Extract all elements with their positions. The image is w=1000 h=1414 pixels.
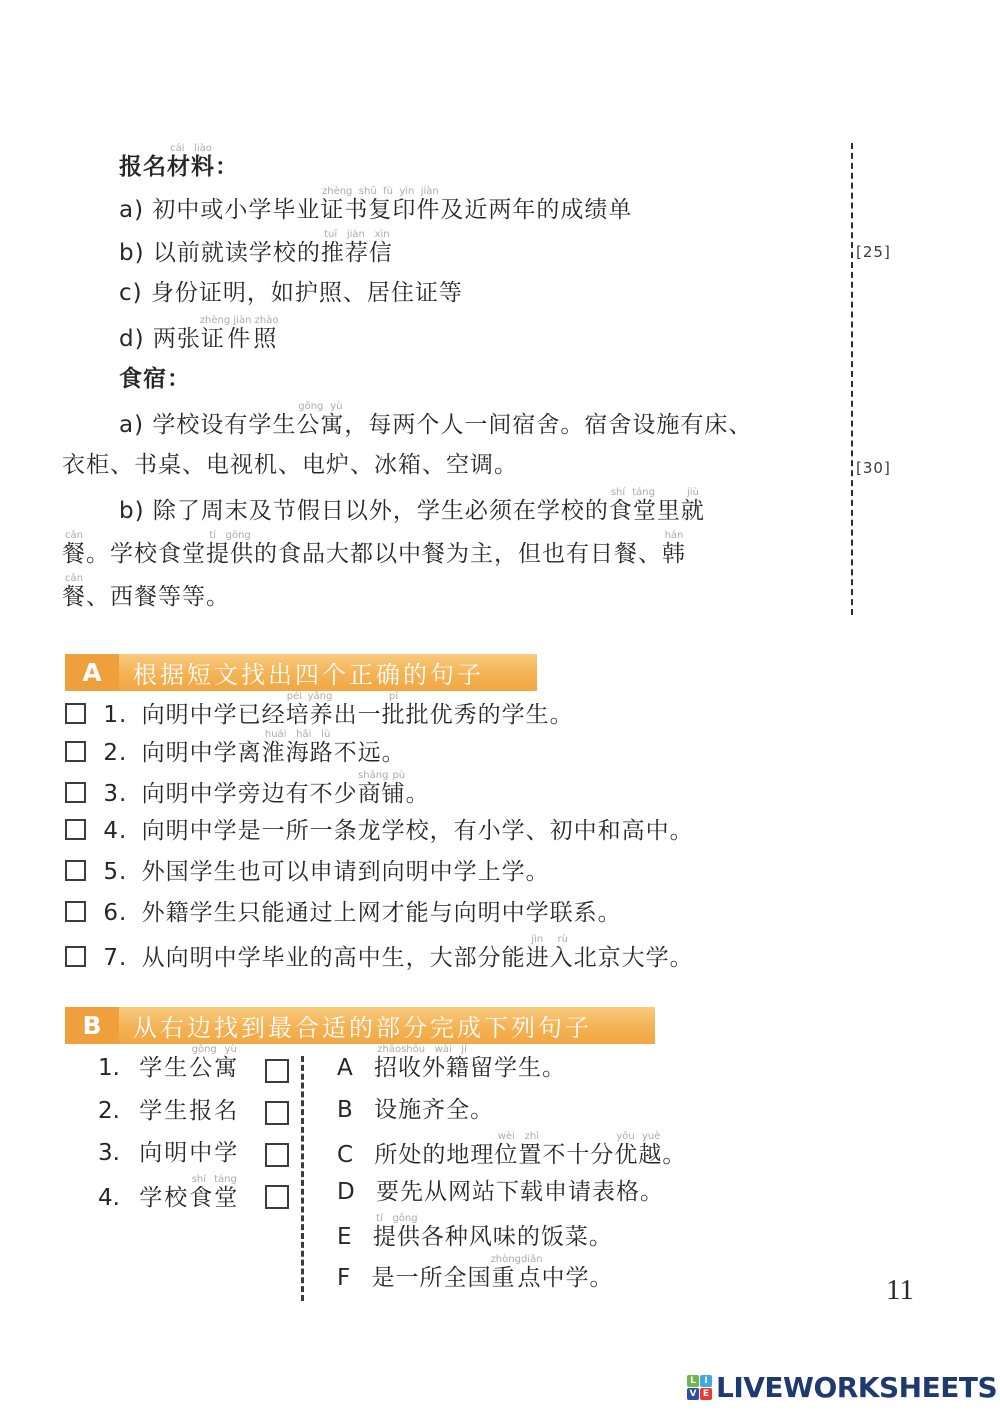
statement-text: 向明中学离淮海路huái hǎi lù不远。 (142, 740, 406, 766)
match-option-row: C 所处的地理位置wèi zhì不十分优越yōu yuè。 (337, 1131, 686, 1172)
text-segment: 向明中学已经 (142, 702, 286, 728)
text-segment: 。 (406, 781, 430, 807)
match-option-text: 提供tí gōng各种风味的饭菜。 (373, 1224, 613, 1250)
pinyin-annotation: shāng pù (358, 770, 406, 781)
annotated-text: 培养péi yǎng (286, 702, 334, 728)
statement-row: 4. 向明中学是一所一条龙学校，有小学、初中和高中。 (65, 811, 694, 852)
pinyin-annotation: jiù (681, 487, 705, 498)
answer-checkbox[interactable] (65, 946, 86, 967)
logo-square-i: I (700, 1375, 712, 1387)
statement-number: 7. (103, 945, 127, 971)
match-item-text: 学生公寓gōng yù (139, 1055, 239, 1081)
statement-text: 从向明中学毕业的高中生，大部分能进入jìn rù北京大学。 (142, 945, 694, 971)
annotated-text: 证件照zhèng jiàn zhào (201, 326, 279, 352)
text-segment: 证件照 (200, 326, 279, 352)
match-item-number: 2. (98, 1098, 120, 1124)
annotated-text: 韩hán (662, 541, 686, 567)
annotated-text: 提供tí gōng (206, 541, 254, 567)
logo-square-v: V (687, 1388, 699, 1400)
passage-line: d) 两张证件照zhèng jiàn zhào (62, 315, 862, 358)
passage-line: c) 身份证明，如护照、居住证等 (62, 272, 862, 315)
section-a-checklist: 1. 向明中学已经培养péi yǎng出一批pī批优秀的学生。 2. 向明中学离… (65, 691, 694, 975)
passage-line: b) 除了周末及节假日以外，学生必须在学校的食堂shí táng里就jiù (62, 487, 862, 530)
text-segment: 向明中学旁边有不少 (142, 781, 358, 807)
match-option-letter: E (337, 1224, 353, 1250)
answer-checkbox[interactable] (65, 860, 86, 881)
section-b-header: B 从右边找到最合适的部分完成下列句子 (65, 1007, 655, 1044)
text-segment: 衣柜、书桌、电视机、电炉、冰箱、空调。 (62, 452, 518, 478)
pinyin-annotation: zhòngdiǎn (491, 1254, 543, 1265)
pinyin-annotation: shí táng (189, 1174, 239, 1185)
annotated-text: 就jiù (681, 498, 705, 524)
matching-area: 1. 学生公寓gōng yù 2. 学生报名 3. 向明中学 4. 学校食堂sh… (65, 1044, 655, 1314)
text-segment: 学生报名 (139, 1098, 239, 1124)
statement-number: 1. (103, 702, 127, 728)
text-segment: ： (215, 154, 239, 180)
annotated-text: 证书复印件zhèng shū fù yìn jiàn (320, 197, 440, 223)
section-b-label: B (65, 1007, 119, 1044)
answer-checkbox[interactable] (65, 819, 86, 840)
text-segment: 及近两年的成绩单 (440, 197, 632, 223)
pinyin-annotation: tí gōng (373, 1213, 421, 1224)
pinyin-annotation: shí táng (609, 487, 657, 498)
passage-line: 衣柜、书桌、电视机、电炉、冰箱、空调。 (62, 444, 862, 487)
text-segment: ，每两个人一间宿舍。宿舍设施有床、 (344, 412, 752, 438)
section-b: B 从右边找到最合适的部分完成下列句子 1. 学生公寓gōng yù 2. 学生… (65, 1007, 655, 1314)
statement-row: 2. 向明中学离淮海路huái hǎi lù不远。 (65, 729, 694, 770)
annotated-text: 食堂shí táng (609, 498, 657, 524)
text-segment: a) 学校设有学生 (119, 412, 296, 438)
text-segment: 商铺 (358, 781, 406, 807)
match-item-number: 4. (98, 1185, 120, 1211)
statement-row: 7. 从向明中学毕业的高中生，大部分能进入jìn rù北京大学。 (65, 934, 694, 975)
text-segment: 就 (681, 498, 705, 524)
answer-checkbox[interactable] (65, 703, 86, 724)
match-item-text: 学校食堂shí táng (139, 1185, 239, 1211)
passage-line: 餐cān、西餐等等。 (62, 573, 862, 616)
text-segment: 不十分 (542, 1142, 614, 1168)
passage-line: 餐cān。学校食堂提供tí gōng的食品大都以中餐为主，但也有日餐、韩hán (62, 530, 862, 573)
text-segment: 食堂 (189, 1185, 239, 1211)
match-option-text: 设施齐全。 (374, 1097, 494, 1123)
match-option-row: E 提供tí gōng各种风味的饭菜。 (337, 1213, 686, 1254)
text-segment: 培养 (286, 702, 334, 728)
pinyin-annotation: tuī jiàn xìn (321, 229, 393, 240)
line-number-guide: [25] [30] (851, 143, 921, 615)
passage-line: b) 以前就读学校的推荐信tuī jiàn xìn (62, 229, 862, 272)
match-answer-checkbox[interactable] (265, 1185, 289, 1209)
pinyin-annotation: pī (382, 691, 406, 702)
section-a-title: 根据短文找出四个正确的句子 (133, 655, 484, 690)
pinyin-annotation: wèi zhì (494, 1131, 542, 1142)
text-segment: 韩 (662, 541, 686, 567)
pinyin-annotation: zhèng shū fù yìn jiàn (320, 186, 440, 197)
annotated-text: 公寓gōng yù (189, 1055, 239, 1081)
pinyin-annotation: gōng yù (189, 1044, 239, 1055)
statement-number: 2. (103, 740, 127, 766)
match-item-number: 1. (98, 1055, 120, 1081)
annotated-text: 推荐信tuī jiàn xìn (321, 240, 393, 266)
text-segment: 要先从网站下载申请表格。 (376, 1179, 664, 1205)
statement-text: 外国学生也可以申请到向明中学上学。 (142, 859, 550, 885)
annotated-text: 淮海路huái hǎi lù (262, 740, 334, 766)
text-segment: 餐 (62, 541, 86, 567)
text-segment: 材料 (167, 154, 215, 180)
pinyin-annotation: jìn rù (526, 934, 574, 945)
statement-row: 1. 向明中学已经培养péi yǎng出一批pī批优秀的学生。 (65, 691, 694, 729)
match-option-letter: B (337, 1097, 354, 1123)
text-segment: 学校 (139, 1185, 189, 1211)
text-segment: d) 两张 (119, 326, 201, 352)
match-item-text: 学生报名 (139, 1098, 239, 1124)
answer-checkbox[interactable] (65, 901, 86, 922)
text-segment: 、西餐等等。 (86, 584, 230, 610)
worksheet-page: 报名材料cái liào：a) 初中或小学毕业证书复印件zhèng shū fù… (0, 0, 1000, 1414)
match-option-row: B 设施齐全。 (337, 1090, 686, 1131)
liveworksheets-logo: LIVE LIVEWORKSHEETS (687, 1371, 997, 1404)
annotated-text: 公寓gōng yù (296, 412, 344, 438)
text-segment: 优越 (614, 1142, 662, 1168)
text-segment: 所处的地理 (374, 1142, 494, 1168)
text-segment: 外国学生也可以申请到向明中学上学。 (142, 859, 550, 885)
statement-text: 外籍学生只能通过上网才能与向明中学联系。 (142, 900, 622, 926)
pinyin-annotation: péi yǎng (286, 691, 334, 702)
text-segment: 设施齐全。 (374, 1097, 494, 1123)
statement-row: 3. 向明中学旁边有不少商铺shāng pù。 (65, 770, 694, 811)
text-segment: 食宿： (119, 366, 191, 392)
annotated-text: 材料cái liào (167, 154, 215, 180)
text-segment: 向明中学 (139, 1140, 239, 1166)
match-option-text: 要先从网站下载申请表格。 (376, 1179, 664, 1205)
text-segment: b) 以前就读学校的 (119, 240, 321, 266)
line-number-25: [25] (856, 241, 891, 263)
pinyin-annotation: yōu yuè (614, 1131, 662, 1142)
text-segment: 从向明中学毕业的高中生，大部分能 (142, 945, 526, 971)
liveworksheets-logo-text: LIVEWORKSHEETS (716, 1371, 997, 1404)
pinyin-annotation: cān (62, 530, 86, 541)
text-segment: 。学校食堂 (86, 541, 206, 567)
statement-row: 5. 外国学生也可以申请到向明中学上学。 (65, 852, 694, 893)
section-a-label: A (65, 654, 119, 691)
match-option-letter: D (337, 1179, 356, 1205)
statement-number: 3. (103, 781, 127, 807)
statement-number: 4. (103, 818, 127, 844)
match-option-row: D 要先从网站下载申请表格。 (337, 1172, 686, 1213)
passage-line: 报名材料cái liào： (62, 143, 862, 186)
passage-line: 食宿： (62, 358, 862, 401)
margin-dashed-line (851, 143, 853, 615)
text-segment: 提供 (373, 1224, 421, 1250)
pinyin-annotation: zhèng jiàn zhào (200, 315, 279, 326)
text-segment: 出一 (334, 702, 382, 728)
text-segment: 中学。 (542, 1265, 614, 1291)
page-number: 11 (886, 1274, 914, 1307)
text-segment: 批 (382, 702, 406, 728)
text-segment: 证书复印件 (320, 197, 440, 223)
text-segment: 是一所全国 (372, 1265, 492, 1291)
text-segment: 里 (657, 498, 681, 524)
statement-text: 向明中学已经培养péi yǎng出一批pī批优秀的学生。 (142, 702, 574, 728)
reading-passage: 报名材料cái liào：a) 初中或小学毕业证书复印件zhèng shū fù… (62, 143, 862, 616)
text-segment: 推荐信 (321, 240, 393, 266)
text-segment: 报名 (119, 154, 167, 180)
text-segment: 学生 (139, 1055, 189, 1081)
statement-number: 6. (103, 900, 127, 926)
text-segment: 淮海路 (262, 740, 334, 766)
matching-divider-dashed-line (301, 1056, 304, 1301)
match-item-text: 向明中学 (139, 1140, 239, 1166)
text-segment: b) 除了周末及节假日以外，学生必须在学校的 (119, 498, 609, 524)
text-segment: 提供 (206, 541, 254, 567)
line-number-30: [30] (856, 457, 891, 479)
annotated-text: 批pī (382, 702, 406, 728)
passage-line: a) 初中或小学毕业证书复印件zhèng shū fù yìn jiàn及近两年… (62, 186, 862, 229)
statement-text: 向明中学是一所一条龙学校，有小学、初中和高中。 (142, 818, 694, 844)
text-segment: 不远。 (334, 740, 406, 766)
pinyin-annotation: cān (62, 573, 86, 584)
match-answer-checkbox[interactable] (265, 1101, 289, 1125)
text-segment: a) 初中或小学毕业 (119, 197, 320, 223)
text-segment: 重点 (491, 1265, 543, 1291)
annotated-text: 位置wèi zhì (494, 1142, 542, 1168)
pinyin-annotation: huái hǎi lù (262, 729, 334, 740)
annotated-text: 餐cān (62, 541, 86, 567)
statement-number: 5. (103, 859, 127, 885)
text-segment: 外籍学生只能通过上网才能与向明中学联系。 (142, 900, 622, 926)
text-segment: 进入 (526, 945, 574, 971)
match-option-letter: A (337, 1055, 354, 1081)
text-segment: c) 身份证明，如护照、居住证等 (119, 280, 463, 306)
text-segment: 招收外籍 (374, 1055, 470, 1081)
pinyin-annotation: cái liào (167, 143, 215, 154)
liveworksheets-logo-icon: LIVE (687, 1375, 712, 1400)
statement-row: 6. 外籍学生只能通过上网才能与向明中学联系。 (65, 893, 694, 934)
passage-line: a) 学校设有学生公寓gōng yù，每两个人一间宿舍。宿舍设施有床、 (62, 401, 862, 444)
text-segment: 食堂 (609, 498, 657, 524)
pinyin-annotation: zhāoshōu wài jí (374, 1044, 470, 1055)
text-segment: 批优秀的学生。 (406, 702, 574, 728)
pinyin-annotation: tí gōng (206, 530, 254, 541)
match-option-row: F 是一所全国重点zhòngdiǎn中学。 (337, 1254, 686, 1295)
match-option-letter: F (337, 1265, 351, 1291)
text-segment: 位置 (494, 1142, 542, 1168)
text-segment: 餐 (62, 584, 86, 610)
text-segment: 公寓 (296, 412, 344, 438)
match-option-row: A 招收外籍zhāoshōu wài jí留学生。 (337, 1044, 686, 1090)
pinyin-annotation: gōng yù (296, 401, 344, 412)
text-segment: 的食品大都以中餐为主，但也有日餐、 (254, 541, 662, 567)
answer-checkbox[interactable] (65, 741, 86, 762)
pinyin-annotation: hán (662, 530, 686, 541)
section-a-header: A 根据短文找出四个正确的句子 (65, 654, 537, 691)
annotated-text: 优越yōu yuè (614, 1142, 662, 1168)
text-segment: 。 (662, 1142, 686, 1168)
section-b-title: 从右边找到最合适的部分完成下列句子 (133, 1008, 592, 1043)
annotated-text: 重点zhòngdiǎn (492, 1265, 542, 1291)
logo-square-l: L (687, 1375, 699, 1387)
match-option-letter: C (337, 1142, 354, 1168)
match-answer-checkbox[interactable] (265, 1143, 289, 1167)
text-segment: 各种风味的饭菜。 (421, 1224, 613, 1250)
annotated-text: 进入jìn rù (526, 945, 574, 971)
text-segment: 公寓 (189, 1055, 239, 1081)
section-a: A 根据短文找出四个正确的句子 1. 向明中学已经培养péi yǎng出一批pī… (65, 654, 694, 975)
matching-options-column: A 招收外籍zhāoshōu wài jí留学生。 B 设施齐全。 C 所处的地… (337, 1044, 686, 1295)
answer-checkbox[interactable] (65, 782, 86, 803)
text-segment: 向明中学是一所一条龙学校，有小学、初中和高中。 (142, 818, 694, 844)
annotated-text: 招收外籍zhāoshōu wài jí (374, 1055, 470, 1081)
statement-text: 向明中学旁边有不少商铺shāng pù。 (142, 781, 430, 807)
match-option-text: 所处的地理位置wèi zhì不十分优越yōu yuè。 (374, 1142, 686, 1168)
text-segment: 向明中学离 (142, 740, 262, 766)
annotated-text: 餐cān (62, 584, 86, 610)
annotated-text: 商铺shāng pù (358, 781, 406, 807)
text-segment: 北京大学。 (574, 945, 694, 971)
match-item-number: 3. (98, 1140, 120, 1166)
annotated-text: 提供tí gōng (373, 1224, 421, 1250)
match-option-text: 是一所全国重点zhòngdiǎn中学。 (372, 1265, 614, 1291)
match-option-text: 招收外籍zhāoshōu wài jí留学生。 (374, 1055, 566, 1081)
annotated-text: 食堂shí táng (189, 1185, 239, 1211)
logo-square-e: E (700, 1388, 712, 1400)
text-segment: 留学生。 (470, 1055, 566, 1081)
match-answer-checkbox[interactable] (265, 1059, 289, 1083)
